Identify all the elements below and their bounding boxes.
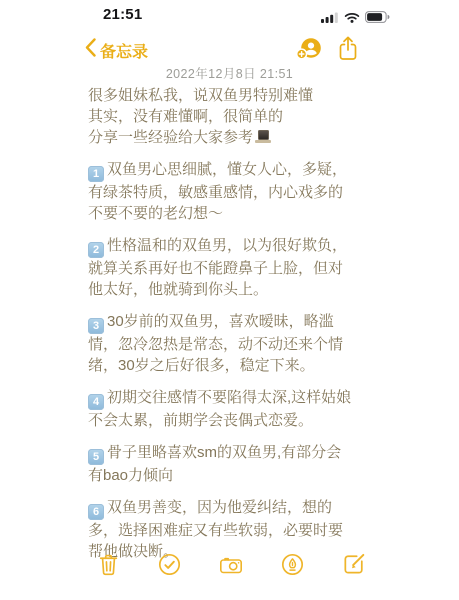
note-body[interactable]: 很多姐妹私我，说双鱼男特别难懂 其实，没有难懂啊，很简单的 分享一些经验给大家参… — [88, 85, 356, 562]
back-button-label: 备忘录 — [100, 39, 148, 62]
note-date: 2022年12月8日 21:51 — [0, 64, 459, 82]
keycap-3-emoji: 3 — [88, 318, 104, 334]
intro-line: 其实，没有难懂啊，很简单的 — [88, 106, 356, 127]
cellular-signal-icon — [321, 10, 339, 28]
add-people-icon[interactable] — [295, 37, 323, 66]
wifi-icon — [344, 10, 360, 28]
check-circle-icon — [157, 552, 182, 580]
note-item-2: 2性格温和的双鱼男，以为很好欺负，就算关系再好也不能蹬鼻子上脸，但对他太好，他就… — [88, 235, 356, 300]
markup-pen-icon — [280, 552, 305, 580]
note-item-text: 性格温和的双鱼男，以为很好欺负，就算关系再好也不能蹬鼻子上脸，但对他太好，他就骑… — [88, 237, 347, 298]
notes-app-screen: 21:51 — [0, 0, 459, 600]
note-item-text: 双鱼男善变，因为他爱纠结，想的多，选择困难症又有些软弱，必要时要帮他做决断。 — [88, 499, 343, 560]
delete-note-button[interactable] — [95, 552, 122, 579]
status-time: 21:51 — [103, 6, 142, 23]
camera-button[interactable] — [218, 552, 245, 579]
note-item-5: 5骨子里略喜欢sm的双鱼男,有部分会有bao力倾向 — [88, 442, 356, 486]
chevron-left-icon — [85, 38, 96, 62]
keycap-2-emoji: 2 — [88, 242, 104, 258]
compose-icon — [341, 551, 367, 580]
note-item-1: 1双鱼男心思细腻，懂女人心，多疑，有绿茶特质，敏感重感情，内心戏多的不要不要的老… — [88, 159, 356, 224]
markup-button[interactable] — [279, 552, 306, 579]
keycap-1-emoji: 1 — [88, 166, 104, 182]
nav-actions — [295, 35, 359, 67]
note-item-text: 初期交往感情不要陷得太深,这样姑娘不会太累，前期学会丧偶式恋爱。 — [88, 389, 351, 429]
note-item-text: 双鱼男心思细腻，懂女人心，多疑，有绿茶特质，敏感重感情，内心戏多的不要不要的老幻… — [88, 161, 347, 222]
battery-icon — [365, 10, 390, 28]
share-icon[interactable] — [337, 35, 359, 67]
keycap-6-emoji: 6 — [88, 504, 104, 520]
status-icons — [321, 10, 390, 28]
laptop-emoji — [255, 130, 271, 143]
note-item-3: 330岁前的双鱼男，喜欢暧昧，略滥情，忽冷忽热是常态，动不动还来个情绪，30岁之… — [88, 311, 356, 376]
camera-icon — [218, 552, 244, 580]
note-item-text: 骨子里略喜欢sm的双鱼男,有部分会有bao力倾向 — [88, 444, 341, 484]
note-item-text: 30岁前的双鱼男，喜欢暧昧，略滥情，忽冷忽热是常态，动不动还来个情绪，30岁之后… — [88, 313, 343, 374]
keycap-4-emoji: 4 — [88, 394, 104, 410]
compose-button[interactable] — [340, 552, 367, 579]
back-button[interactable]: 备忘录 — [85, 38, 148, 62]
trash-icon — [96, 552, 121, 580]
keycap-5-emoji: 5 — [88, 449, 104, 465]
intro-line: 分享一些经验给大家参考 — [88, 127, 356, 148]
checklist-button[interactable] — [156, 552, 183, 579]
bottom-toolbar — [95, 552, 367, 579]
intro-line: 很多姐妹私我，说双鱼男特别难懂 — [88, 85, 356, 106]
note-item-4: 4初期交往感情不要陷得太深,这样姑娘不会太累，前期学会丧偶式恋爱。 — [88, 387, 356, 431]
